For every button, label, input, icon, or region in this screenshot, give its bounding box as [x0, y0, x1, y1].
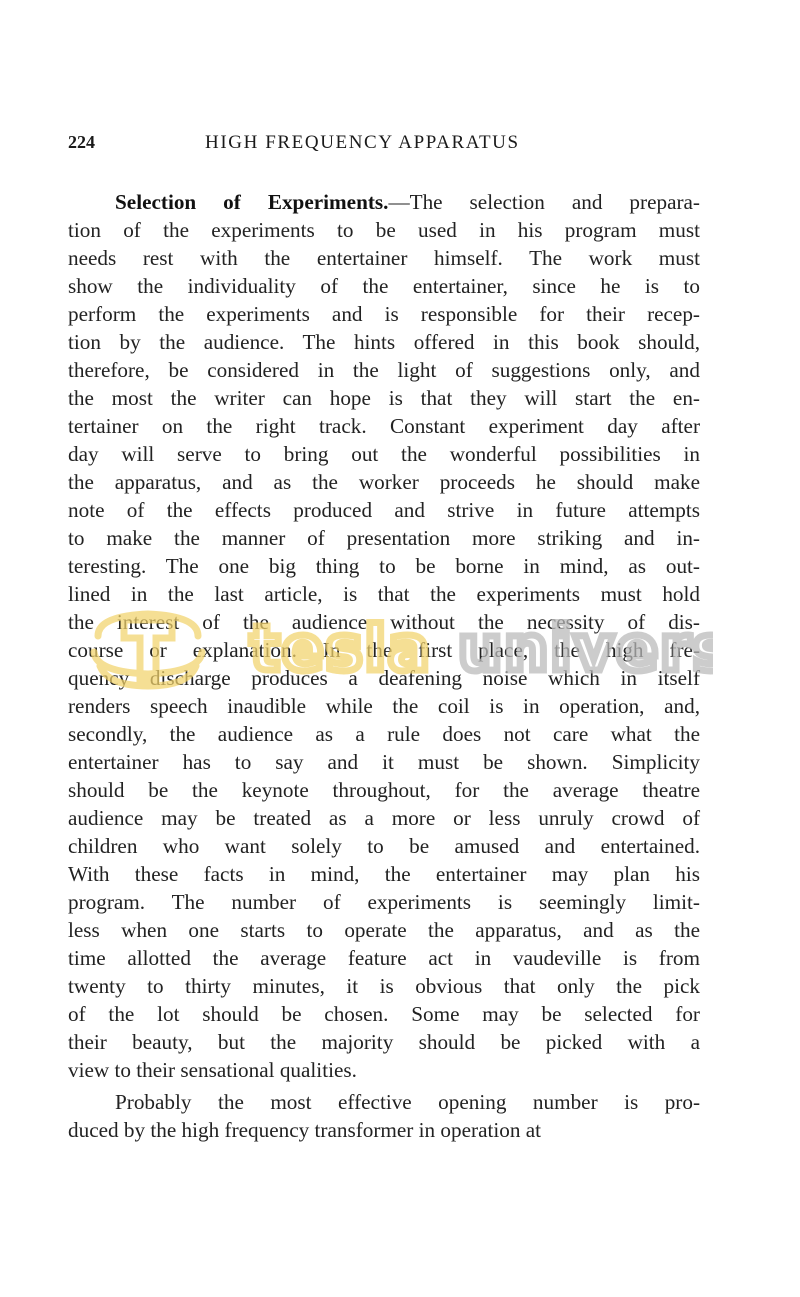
text-line: lined in the last article, is that the e… — [68, 580, 700, 608]
text-line: tion of the experiments to be used in hi… — [68, 216, 700, 244]
text-line: teresting. The one big thing to be borne… — [68, 552, 700, 580]
text-line: perform the experiments and is responsib… — [68, 300, 700, 328]
text-line: note of the effects produced and strive … — [68, 496, 700, 524]
text-line: show the individuality of the entertaine… — [68, 272, 700, 300]
book-page: 224 HIGH FREQUENCY APPARATUS Selection o… — [0, 0, 800, 1297]
text-line: the apparatus, and as the worker proceed… — [68, 468, 700, 496]
text-line: course or explanation. In the first plac… — [68, 636, 700, 664]
text-line: Selection of Experiments.—The selection … — [68, 188, 700, 216]
text-line: twenty to thirty minutes, it is obvious … — [68, 972, 700, 1000]
text-line: renders speech inaudible while the coil … — [68, 692, 700, 720]
text-line: audience may be treated as a more or les… — [68, 804, 700, 832]
text-line: their beauty, but the majority should be… — [68, 1028, 700, 1056]
text-line: view to their sensational qualities. — [68, 1056, 700, 1084]
text-line: With these facts in mind, the entertaine… — [68, 860, 700, 888]
body-text: Selection of Experiments.—The selection … — [68, 188, 700, 1144]
text-line: program. The number of experiments is se… — [68, 888, 700, 916]
text-line: the most the writer can hope is that the… — [68, 384, 700, 412]
text-line: secondly, the audience as a rule does no… — [68, 720, 700, 748]
text-line: the interest of the audience without the… — [68, 608, 700, 636]
text-line: tertainer on the right track. Constant e… — [68, 412, 700, 440]
text-line: children who want solely to be amused an… — [68, 832, 700, 860]
text-line: tion by the audience. The hints offered … — [68, 328, 700, 356]
section-heading: Selection of Experiments. — [115, 190, 388, 214]
running-title: HIGH FREQUENCY APPARATUS — [205, 132, 520, 154]
text-line: less when one starts to operate the appa… — [68, 916, 700, 944]
text-line: should be the keynote throughout, for th… — [68, 776, 700, 804]
text-line: to make the manner of presentation more … — [68, 524, 700, 552]
text-line: duced by the high frequency transformer … — [68, 1116, 700, 1144]
text-line: day will serve to bring out the wonderfu… — [68, 440, 700, 468]
text-line: Probably the most effective opening numb… — [68, 1088, 700, 1116]
text-line: needs rest with the entertainer himself.… — [68, 244, 700, 272]
page-header: 224 HIGH FREQUENCY APPARATUS — [68, 132, 700, 156]
text-line: therefore, be considered in the light of… — [68, 356, 700, 384]
text-line: of the lot should be chosen. Some may be… — [68, 1000, 700, 1028]
text-line: entertainer has to say and it must be sh… — [68, 748, 700, 776]
text-line: time allotted the average feature act in… — [68, 944, 700, 972]
page-number: 224 — [68, 132, 95, 153]
text-line: quency discharge produces a deafening no… — [68, 664, 700, 692]
